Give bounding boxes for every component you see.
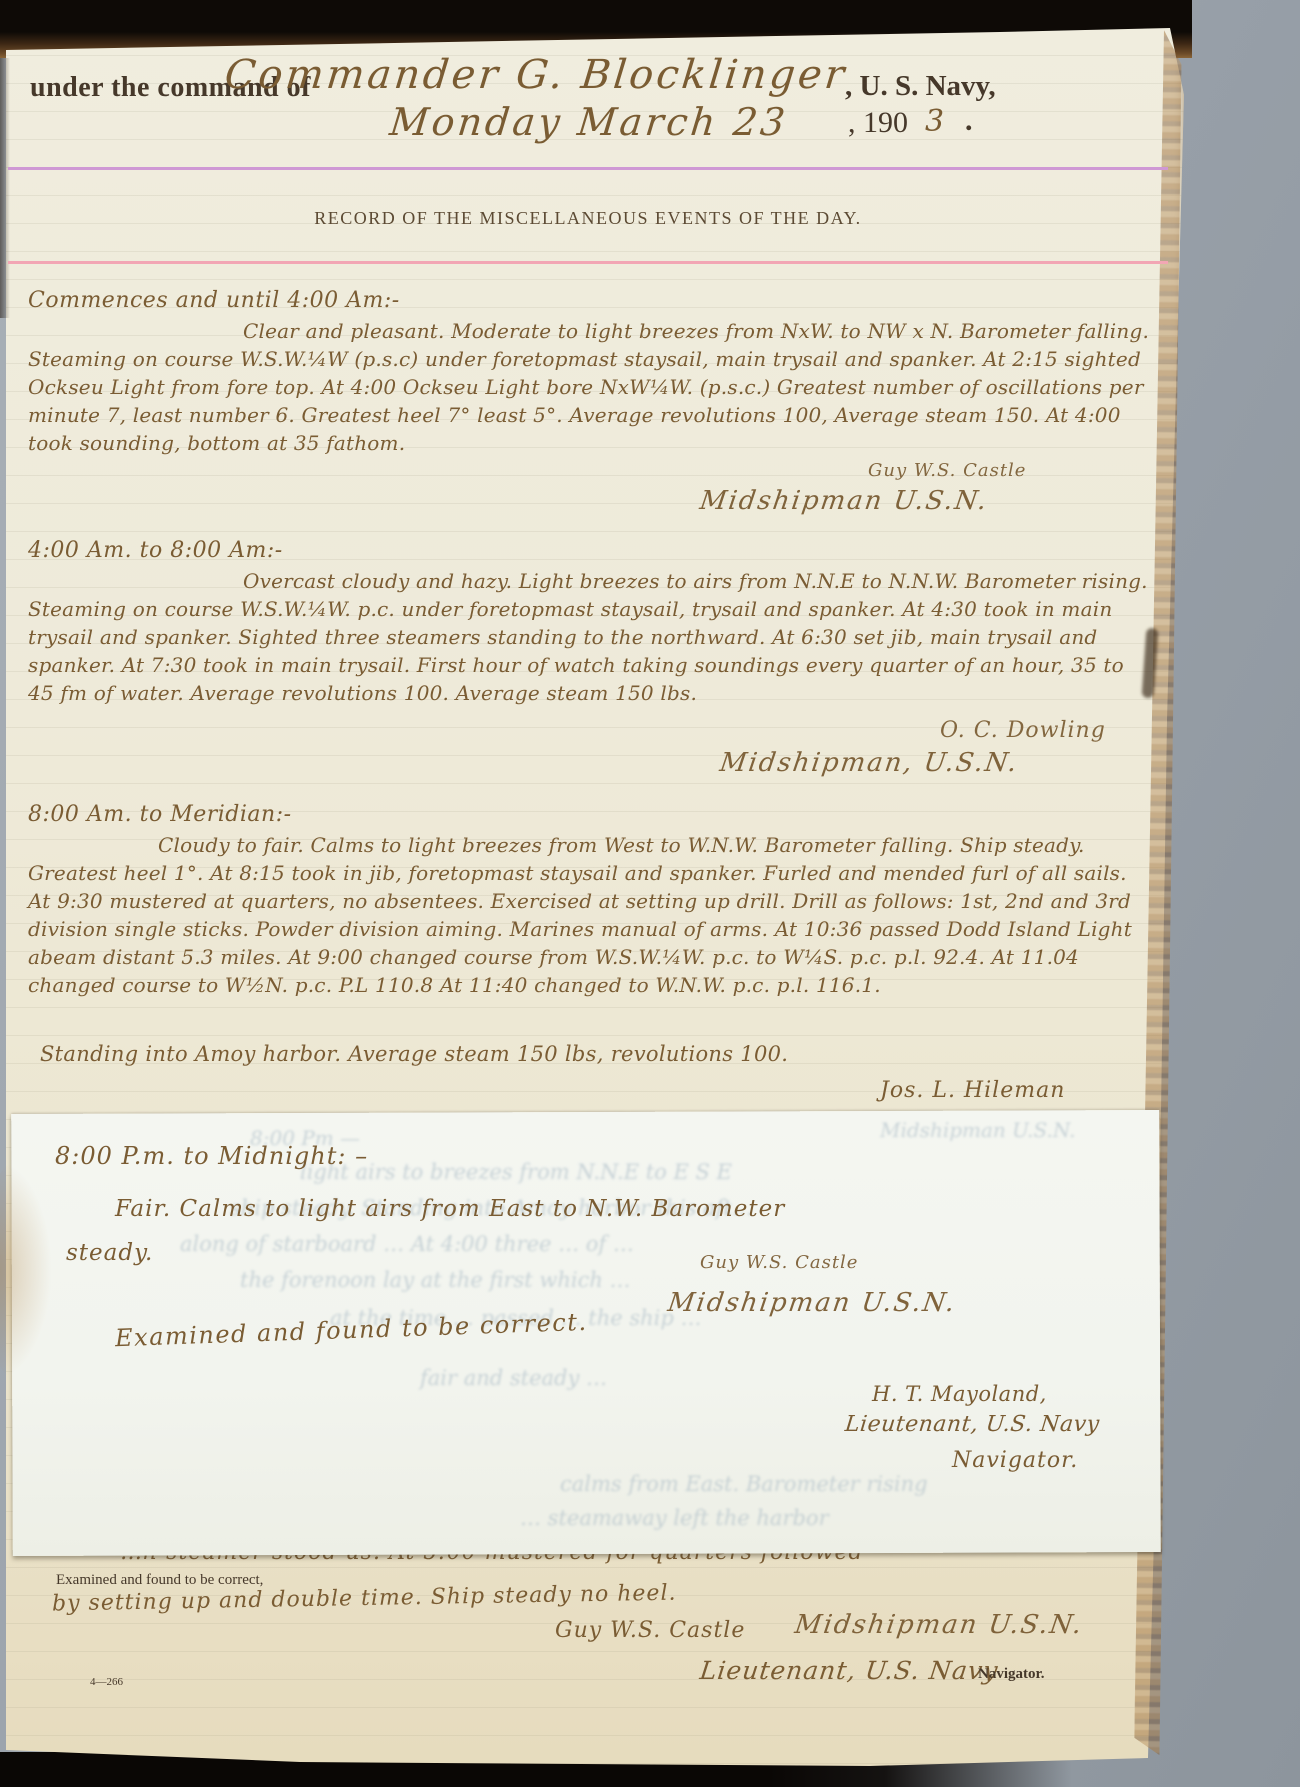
log-entry-midwatch: Commences and until 4:00 Am:- Clear and … — [28, 288, 1150, 457]
slip-signature-title: Midshipman U.S.N. — [666, 1288, 958, 1318]
slip-officer-signature: H. T. Mayoland, — [872, 1382, 1047, 1406]
log-entry-morning-watch: 4:00 Am. to 8:00 Am:- Overcast cloudy an… — [28, 538, 1150, 707]
signature-name: Jos. L. Hileman — [880, 1078, 1065, 1103]
slip-entry-heading: 8:00 P.m. to Midnight: – — [55, 1142, 368, 1170]
entry-body: Clear and pleasant. Moderate to light br… — [28, 317, 1150, 457]
printed-year-prefix: , 190 — [848, 106, 908, 140]
printed-year-period: . — [965, 104, 973, 138]
year-digit-handwritten: 3 — [925, 104, 944, 139]
printed-examined-note: Examined and found to be correct, — [56, 1572, 263, 1589]
ghost-bleedthrough-text: Midshipman U.S.N. — [880, 1118, 1075, 1142]
page-left-edge-shadow — [0, 58, 10, 318]
signature-title: Midshipman U.S.N. — [698, 486, 990, 516]
ghost-bleedthrough-text: along of starboard … At 4:00 three … of … — [180, 1232, 634, 1256]
signature-name: O. C. Dowling — [940, 718, 1106, 743]
printed-navy-suffix: , U. S. Navy, — [845, 70, 996, 103]
entry-heading: 8:00 Am. to Meridian:- — [28, 802, 1150, 827]
slip-signature-name: Guy W.S. Castle — [700, 1252, 858, 1273]
scanned-logbook-photo: under the command of Commander G. Blockl… — [0, 0, 1300, 1787]
entry-body: Cloudy to fair. Calms to light breezes f… — [28, 831, 1150, 999]
entry-body: Overcast cloudy and hazy. Light breezes … — [28, 567, 1150, 707]
log-entry-forenoon-watch: 8:00 Am. to Meridian:- Cloudy to fair. C… — [28, 802, 1150, 999]
signature-name: Guy W.S. Castle — [868, 460, 1026, 481]
record-title: RECORD OF THE MISCELLANEOUS EVENTS OF TH… — [8, 208, 1168, 229]
date-line-handwritten: Monday March 23 — [388, 100, 790, 144]
slip-entry-body-line2: steady. — [66, 1240, 153, 1266]
header-rule-pink — [8, 261, 1168, 264]
ghost-bleedthrough-text: calms from East. Barometer rising — [560, 1472, 928, 1496]
header-rule-violet — [8, 167, 1168, 170]
bottom-officer-title: Lieutenant, U.S. Navy — [698, 1656, 1000, 1685]
ghost-bleedthrough-text: … steamaway left the harbor — [520, 1506, 829, 1530]
bottom-signature-name: Guy W.S. Castle — [555, 1618, 745, 1643]
commander-name-handwritten: Commander G. Blocklinger — [223, 52, 850, 98]
entry-heading: Commences and until 4:00 Am:- — [28, 288, 1150, 313]
entry-extra-line: Standing into Amoy harbor. Average steam… — [40, 1042, 788, 1066]
form-number: 4—266 — [90, 1676, 123, 1688]
bottom-signature-title: Midshipman U.S.N. — [793, 1610, 1085, 1640]
entry-heading: 4:00 Am. to 8:00 Am:- — [28, 538, 1150, 563]
slip-entry-body-line1: Fair. Calms to light airs from East to N… — [115, 1196, 785, 1222]
slip-officer-role: Navigator. — [952, 1448, 1078, 1473]
ghost-bleedthrough-text: fair and steady … — [420, 1366, 607, 1390]
ghost-bleedthrough-text: the forenoon lay at the first which … — [240, 1268, 631, 1292]
signature-title: Midshipman, U.S.N. — [718, 748, 1021, 778]
slip-officer-title: Lieutenant, U.S. Navy — [844, 1412, 1101, 1437]
printed-navigator-label: Navigator. — [978, 1666, 1045, 1683]
